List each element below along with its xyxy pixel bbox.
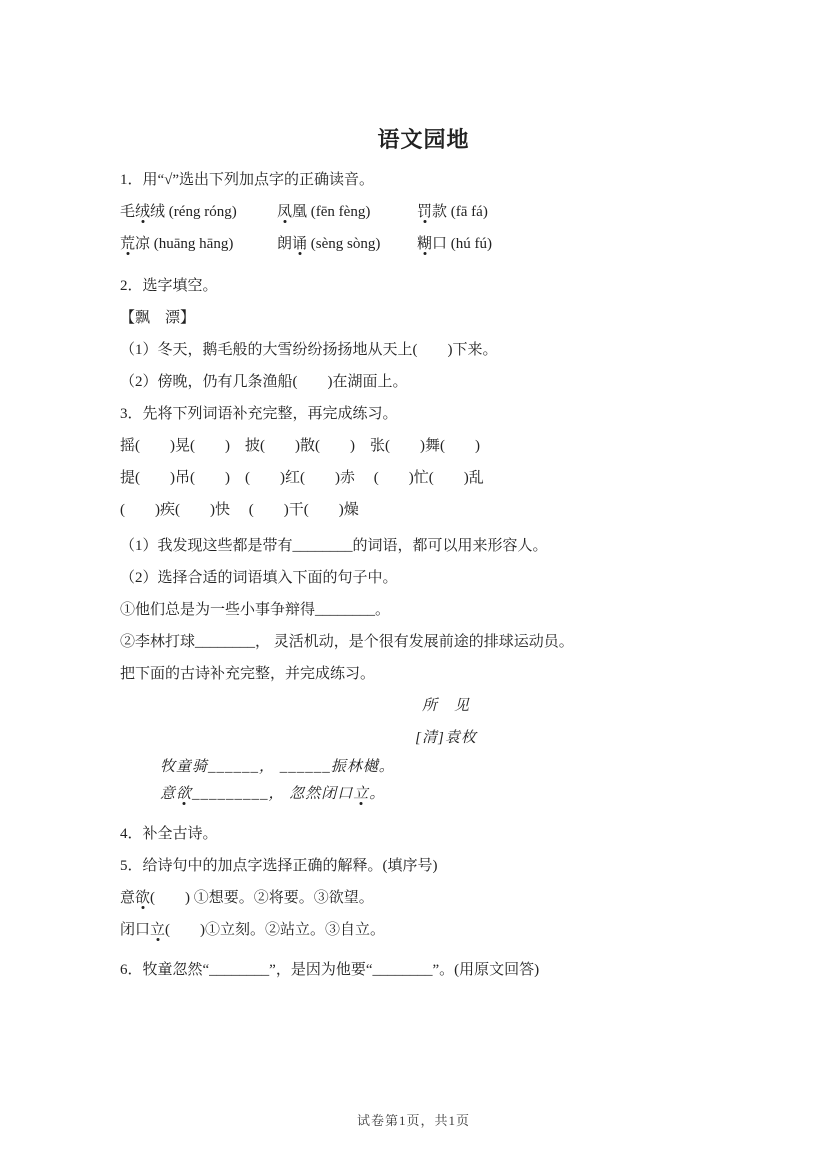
pinyin-option: (réng róng) [165,204,237,220]
q5-item-2: 闭口立( )①立刻。②站立。③自立。 [120,914,727,946]
page-footer: 试卷第1页，共1页 [0,1110,827,1129]
word-pre: 闭口 [120,922,150,938]
q6-prompt: 6．牧童忽然“________”，是因为他要“________”。(用原文回答) [120,954,727,986]
q3-idiom-row-2: 提( )吊( ) ( )红( )赤 ( )忙( )乱 [120,462,727,494]
dotted-char: 荒 [120,236,135,252]
worksheet-content: 语文园地 1．用“√”选出下列加点字的正确读音。 毛绒绒 (réng róng)… [0,0,827,986]
dotted-char: 立 [353,786,369,802]
q1-prompt: 1．用“√”选出下列加点字的正确读音。 [120,164,727,196]
dotted-char: 糊 [417,236,432,252]
q3-prompt: 3．先将下列词语补充完整，再完成练习。 [120,398,727,430]
word-post: 款 [432,204,447,220]
answer-options: ( ) ①想要。②将要。③欲望。 [150,890,374,906]
dotted-char: 立 [150,922,165,938]
poem-line-2: 意欲_________， 忽然闭口立。 [160,781,727,808]
dotted-char: 罚 [417,204,432,220]
poem-text: 意 [160,786,176,802]
q2-sentence-2: （2）傍晚，仍有几条渔船( )在湖面上。 [120,366,727,398]
dotted-char: 诵 [292,236,307,252]
q1-word-option: 朗诵 (sèng sòng) [277,228,417,260]
word-post: 口 [432,236,447,252]
poem-line-1: 牧童骑______， ______振林樾。 [160,754,727,781]
pinyin-option: (fā fá) [447,204,488,220]
dotted-char: 凤 [277,204,292,220]
q3-subquestion-2: （2）选择合适的词语填入下面的句子中。 [120,562,727,594]
q1-word-option: 荒凉 (huāng hāng) [120,228,277,260]
q3-idiom-row-1: 摇( )晃( ) 披( )散( ) 张( )舞( ) [120,430,727,462]
q5-item-1: 意欲( ) ①想要。②将要。③欲望。 [120,882,727,914]
word-post: 绒 [150,204,165,220]
poem-intro: 把下面的古诗补充完整，并完成练习。 [120,658,727,690]
q1-word-option: 糊口 (hú fú) [417,228,727,260]
q4-prompt: 4．补全古诗。 [120,818,727,850]
dotted-char: 绒 [135,204,150,220]
q2-character-choices: 【飘 漂】 [120,302,727,334]
q5-prompt: 5．给诗句中的加点字选择正确的解释。(填序号) [120,850,727,882]
q1-options-row-2: 荒凉 (huāng hāng) 朗诵 (sèng sòng) 糊口 (hú fú… [120,228,727,260]
pinyin-option: (huāng hāng) [150,236,233,252]
pinyin-option: (sèng sòng) [307,236,380,252]
q2-sentence-1: （1）冬天，鹅毛般的大雪纷纷扬扬地从天上( )下来。 [120,334,727,366]
q1-options-row-1: 毛绒绒 (réng róng) 凤凰 (fēn fèng) 罚款 (fā fá) [120,196,727,228]
poem-author: [清]袁枚 [120,722,727,754]
poem-text: 。 [369,786,385,802]
word-pre: 毛 [120,204,135,220]
q3-fill-sentence-1: ①他们总是为一些小事争辩得________。 [120,594,727,626]
poem-text: _________， 忽然闭口 [192,786,353,802]
pinyin-option: (hú fú) [447,236,492,252]
word-post: 凉 [135,236,150,252]
pinyin-option: (fēn fèng) [307,204,370,220]
dotted-char: 欲 [176,786,192,802]
worksheet-page: 语文园地 1．用“√”选出下列加点字的正确读音。 毛绒绒 (réng róng)… [0,0,827,1169]
q3-fill-sentence-2: ②李林打球________， 灵活机动，是个很有发展前途的排球运动员。 [120,626,727,658]
dotted-char: 欲 [135,890,150,906]
q1-word-option: 凤凰 (fēn fèng) [277,196,417,228]
q1-word-option: 罚款 (fā fá) [417,196,727,228]
poem-title: 所 见 [120,690,727,722]
q2-prompt: 2．选字填空。 [120,270,727,302]
word-pre: 意 [120,890,135,906]
word-pre: 朗 [277,236,292,252]
q3-idiom-row-3: ( )疾( )快 ( )干( )燥 [120,494,727,526]
answer-options: ( )①立刻。②站立。③自立。 [165,922,385,938]
page-title: 语文园地 [120,126,727,153]
word-post: 凰 [292,204,307,220]
q1-word-option: 毛绒绒 (réng róng) [120,196,277,228]
q3-subquestion-1: （1）我发现这些都是带有________的词语，都可以用来形容人。 [120,530,727,562]
